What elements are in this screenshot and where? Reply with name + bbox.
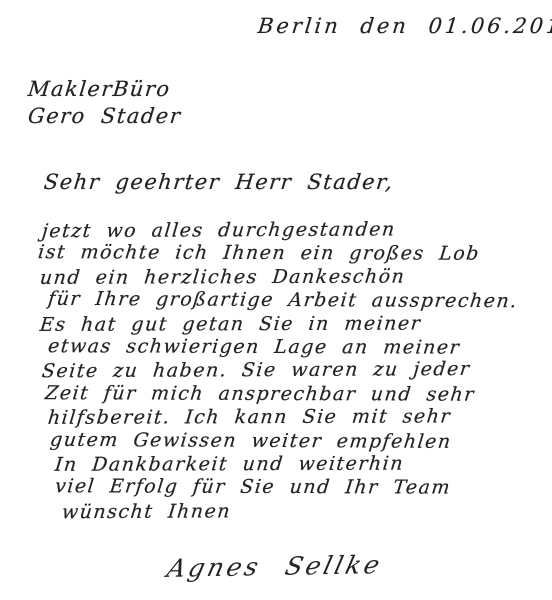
handwritten-letter-page: Berlin den 01.06.2014 MaklerBüro Gero St…	[0, 0, 552, 600]
letter-body: jetzt wo alles durchgestanden ist möchte…	[0, 219, 518, 523]
body-line: Seite zu haben. Sie waren zu jeder	[41, 358, 519, 384]
recipient-name-line: Gero Stader	[27, 103, 183, 130]
body-line: Zeit für mich ansprechbar und sehr	[44, 382, 519, 407]
recipient-company-line: MaklerBüro	[27, 76, 183, 103]
body-line: ist möchte ich Ihnen ein großes Lob	[37, 242, 519, 267]
body-line: Es hat gut getan Sie in meiner	[39, 312, 519, 337]
body-line: gutem Gewissen weiter empfehlen	[49, 428, 519, 454]
body-line: und ein herzliches Dankeschön	[39, 265, 519, 290]
body-line: wünscht Ihnen	[61, 498, 519, 524]
body-line: für Ihre großartige Arbeit aussprechen.	[47, 288, 519, 314]
body-line: hilfsbereit. Ich kann Sie mit sehr	[47, 405, 519, 430]
salutation: Sehr geehrter Herr Stader,	[43, 170, 395, 194]
body-line: viel Erfolg für Sie und Ihr Team	[54, 475, 519, 500]
body-line: etwas schwierigen Lage an meiner	[47, 335, 519, 360]
body-line: jetzt wo alles durchgestanden	[41, 218, 519, 244]
recipient-block: MaklerBüro Gero Stader	[28, 76, 181, 130]
body-line: In Dankbarkeit und weiterhin	[54, 452, 519, 477]
date-line: Berlin den 01.06.2014	[257, 14, 552, 38]
signature: Agnes Sellke	[164, 550, 385, 583]
